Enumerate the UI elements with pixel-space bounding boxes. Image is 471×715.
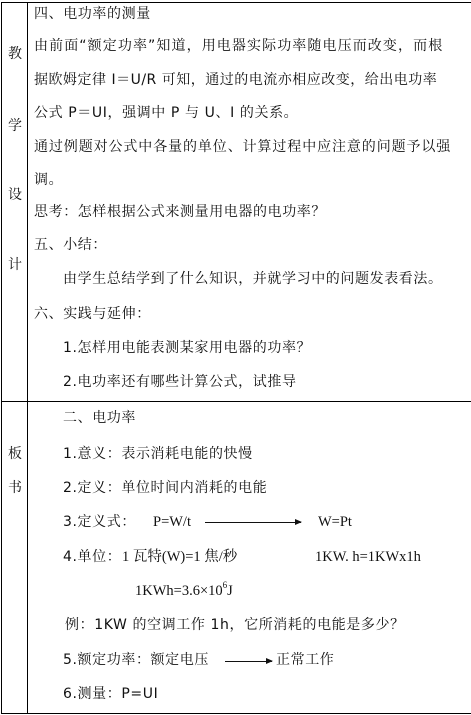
list-item: 1.意义：表示消耗电能的快慢 [63, 445, 253, 463]
list-item-label: 3.定义式： [63, 513, 136, 531]
list-item: 6.测量：P=UI [63, 685, 158, 703]
section-divider [1, 401, 471, 402]
paragraph-line: 调。 [34, 171, 63, 189]
list-item: 2.电功率还有哪些计算公式，试推导 [63, 373, 297, 391]
side-label-char: 教 [5, 45, 25, 63]
side-label-char: 计 [5, 256, 25, 274]
kwh-definition: 1KW. h=1KWx1h [315, 548, 421, 566]
formula: P=W/t [153, 513, 191, 531]
side-label-char: 学 [5, 117, 25, 135]
list-item-label: 5.额定功率：额定电压 [63, 651, 209, 669]
paragraph-line: 由前面“额定功率”知道，用电器实际功率随电压而改变，而根 [34, 37, 443, 55]
arrow-icon [205, 522, 301, 523]
paragraph-line: 由学生总结学到了什么知识，并就学习中的问题发表看法。 [63, 270, 443, 288]
paragraph-line: 据欧姆定律 I＝U/R 可知，通过的电流亦相应改变，给出电功率 [34, 71, 437, 89]
section-heading: 六、实践与延伸： [34, 305, 151, 323]
list-item-label: 4.单位： [63, 548, 121, 566]
kwh-joule-conversion: 1KWh=3.6×106J [135, 582, 233, 600]
formula: W=Pt [318, 513, 352, 531]
arrow-icon [225, 661, 272, 662]
rated-result: 正常工作 [276, 651, 334, 669]
paragraph-line: 公式 P＝UI，强调中 P 与 U、I 的关系。 [34, 104, 298, 122]
section-heading: 五、小结： [34, 236, 107, 254]
paragraph-line: 通过例题对公式中各量的单位、计算过程中应注意的问题予以强 [34, 138, 451, 156]
table-left-border [1, 2, 2, 714]
table-top-border [1, 2, 471, 3]
list-item: 1.怎样用电能表测某家用电器的功率？ [63, 339, 311, 357]
unit-text: 1 瓦特(W)=1 焦/秒 [122, 548, 237, 566]
side-label-char: 设 [5, 186, 25, 204]
section-heading: 四、电功率的测量 [34, 5, 151, 23]
side-label-char: 板 [5, 445, 25, 463]
example-question: 例：1KW 的空调工作 1h，它所消耗的电能是多少？ [65, 616, 405, 634]
thinking-question: 思考：怎样根据公式来测量用电器的电功率？ [34, 203, 326, 221]
blackboard-title: 二、电功率 [63, 409, 136, 427]
list-item: 2.定义：单位时间内消耗的电能 [63, 479, 267, 497]
label-column-divider [27, 2, 28, 714]
table-bottom-border [1, 713, 471, 714]
side-label-char: 书 [5, 479, 25, 497]
